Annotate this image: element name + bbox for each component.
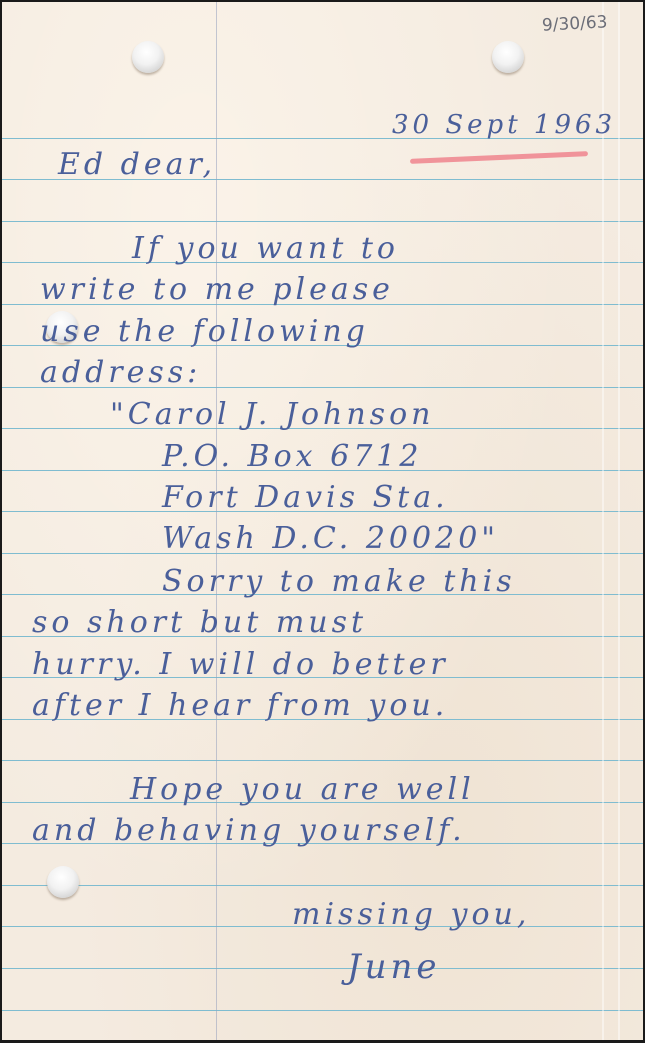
paper-fold — [602, 2, 604, 1040]
rule-line — [2, 760, 643, 761]
body-line: and behaving yourself. — [32, 816, 466, 846]
address-line: Fort Davis Sta. — [162, 483, 449, 513]
body-line: If you want to — [132, 234, 399, 264]
body-line: Hope you are well — [130, 775, 475, 805]
body-line: write to me please — [40, 275, 394, 305]
pencil-date-annotation: 9/30/63 — [542, 14, 608, 34]
rule-line — [2, 1010, 643, 1011]
body-line: address: — [40, 358, 201, 388]
address-line: "Carol J. Johnson — [110, 400, 434, 430]
rule-line — [2, 885, 643, 886]
red-underline — [410, 151, 588, 164]
hole-punch — [47, 866, 79, 898]
closing: missing you, — [292, 900, 530, 930]
hole-punch — [492, 41, 524, 73]
salutation: Ed dear, — [58, 150, 216, 180]
rule-line — [2, 221, 643, 222]
body-line: hurry. I will do better — [32, 650, 449, 680]
signature: June — [347, 950, 441, 984]
letter-date: 30 Sept 1963 — [392, 112, 616, 138]
address-line: Wash D.C. 20020" — [162, 524, 499, 554]
body-line: use the following — [40, 317, 369, 347]
body-line: after I hear from you. — [32, 691, 448, 721]
paper-fold — [618, 2, 620, 1040]
letter-page: 9/30/63 30 Sept 1963 Ed dear, If you wan… — [2, 2, 643, 1040]
body-line: so short but must — [32, 608, 367, 638]
body-line: Sorry to make this — [162, 567, 516, 597]
hole-punch — [132, 41, 164, 73]
address-line: P.O. Box 6712 — [162, 442, 422, 472]
rule-line — [2, 968, 643, 969]
